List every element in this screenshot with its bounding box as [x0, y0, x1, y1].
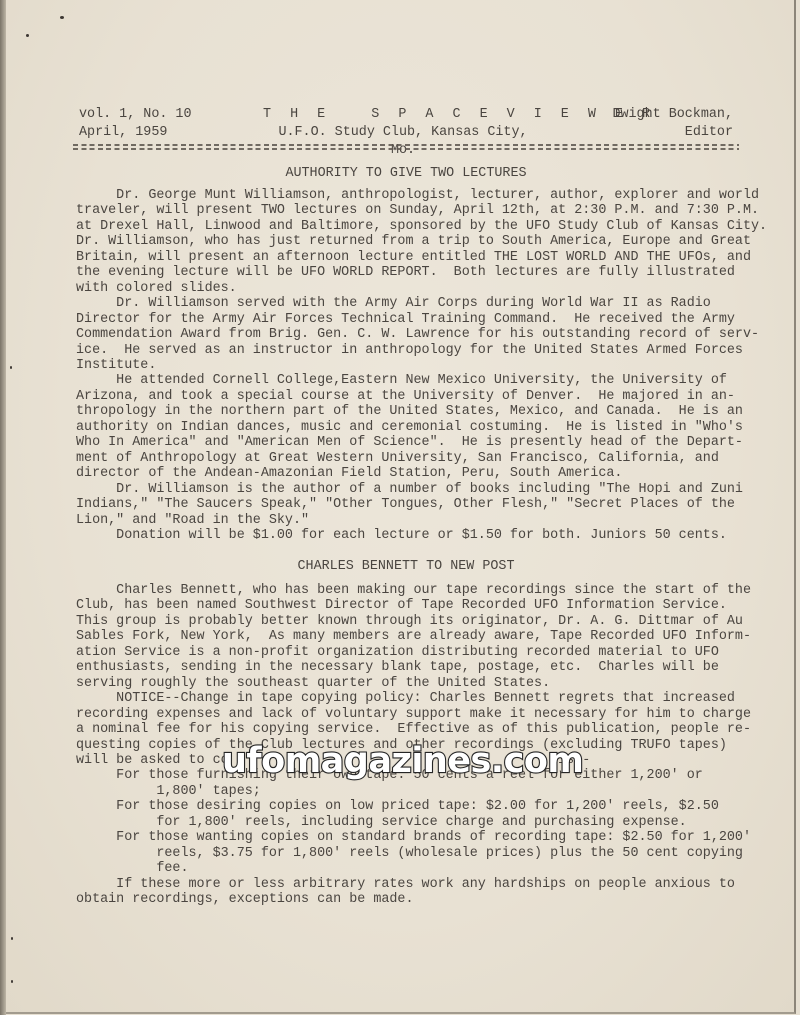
text-line: Charles Bennett, who has been making our…	[76, 583, 746, 598]
text-line: at Drexel Hall, Linwood and Baltimore, s…	[76, 219, 746, 234]
text-line: fee.	[76, 861, 746, 876]
article-heading-lectures: AUTHORITY TO GIVE TWO LECTURES	[76, 166, 736, 182]
text-line: NOTICE--Change in tape copying policy: C…	[76, 691, 746, 706]
text-line: Britain, will present an afternoon lectu…	[76, 250, 746, 265]
text-line: ice. He served as an instructor in anthr…	[76, 343, 746, 358]
text-line: enthusiasts, sending in the necessary bl…	[76, 660, 746, 675]
text-line: He attended Cornell College,Eastern New …	[76, 373, 746, 388]
paper-speck	[10, 366, 12, 369]
paper-speck	[11, 980, 13, 983]
text-line: Who In America" and "American Men of Sci…	[76, 435, 746, 450]
text-line: thropology in the northern part of the U…	[76, 404, 746, 419]
text-line: a nominal fee for his copying service. E…	[76, 722, 746, 737]
text-line: Dr. Williamson, who has just returned fr…	[76, 234, 746, 249]
paper-speck	[26, 34, 29, 37]
text-line: with colored slides.	[76, 281, 746, 296]
text-line: reels, $3.75 for 1,800' reels (wholesale…	[76, 846, 746, 861]
text-line: Dr. Williamson served with the Army Air …	[76, 296, 746, 311]
text-line: Director for the Army Air Forces Technic…	[76, 312, 746, 327]
text-line: ment of Anthropology at Great Western Un…	[76, 451, 746, 466]
text-line: Dr. Williamson is the author of a number…	[76, 482, 746, 497]
text-line: Institute.	[76, 358, 746, 373]
text-line: This group is probably better known thro…	[76, 614, 746, 629]
text-line: serving roughly the southeast quarter of…	[76, 676, 746, 691]
text-line: for 1,800' reels, including service char…	[76, 815, 746, 830]
text-line: 1,800' tapes;	[76, 784, 746, 799]
article-body-lectures: Dr. George Munt Williamson, anthropologi…	[76, 188, 746, 543]
publication-title: T H E S P A C E V I E W E R	[263, 106, 543, 124]
editor-name: Dwight Bockman,	[612, 106, 733, 124]
text-line: Indians," "The Saucers Speak," "Other To…	[76, 497, 746, 512]
text-line: ation Service is a non-profit organizati…	[76, 645, 746, 660]
text-line: For those wanting copies on standard bra…	[76, 830, 746, 845]
editor-info: Dwight Bockman, Editor	[612, 106, 733, 142]
volume-number: vol. 1, No. 10	[79, 106, 192, 124]
text-line: Arizona, and took a special course at th…	[76, 389, 746, 404]
text-line: Lion," and "Road in the Sky."	[76, 513, 746, 528]
issue-date: April, 1959	[79, 124, 192, 142]
text-line: Commendation Award from Brig. Gen. C. W.…	[76, 327, 746, 342]
text-line: Sables Fork, New York, As many members a…	[76, 629, 746, 644]
text-line: the evening lecture will be UFO WORLD RE…	[76, 265, 746, 280]
text-line: obtain recordings, exceptions can be mad…	[76, 892, 746, 907]
text-line: Donation will be $1.00 for each lecture …	[76, 528, 746, 543]
text-line: director of the Andean-Amazonian Field S…	[76, 466, 746, 481]
text-line: For those desiring copies on low priced …	[76, 799, 746, 814]
text-line: traveler, will present TWO lectures on S…	[76, 203, 746, 218]
paper-speck	[60, 16, 64, 19]
text-line: Dr. George Munt Williamson, anthropologi…	[76, 188, 746, 203]
editor-role: Editor	[612, 124, 733, 142]
text-line: authority on Indian dances, music and ce…	[76, 420, 746, 435]
text-line: recording expenses and lack of voluntary…	[76, 707, 746, 722]
text-line: If these more or less arbitrary rates wo…	[76, 877, 746, 892]
watermark: ufomagazines.com	[222, 743, 583, 779]
masthead-divider	[73, 144, 739, 151]
text-line: Club, has been named Southwest Director …	[76, 598, 746, 613]
issue-info: vol. 1, No. 10 April, 1959	[79, 106, 192, 142]
publication-info: T H E S P A C E V I E W E R U.F.O. Study…	[263, 106, 543, 160]
article-heading-bennett: CHARLES BENNETT TO NEW POST	[76, 559, 736, 575]
publication-subtitle: U.F.O. Study Club, Kansas City, Mo.	[263, 124, 543, 160]
paper-speck	[11, 937, 13, 940]
